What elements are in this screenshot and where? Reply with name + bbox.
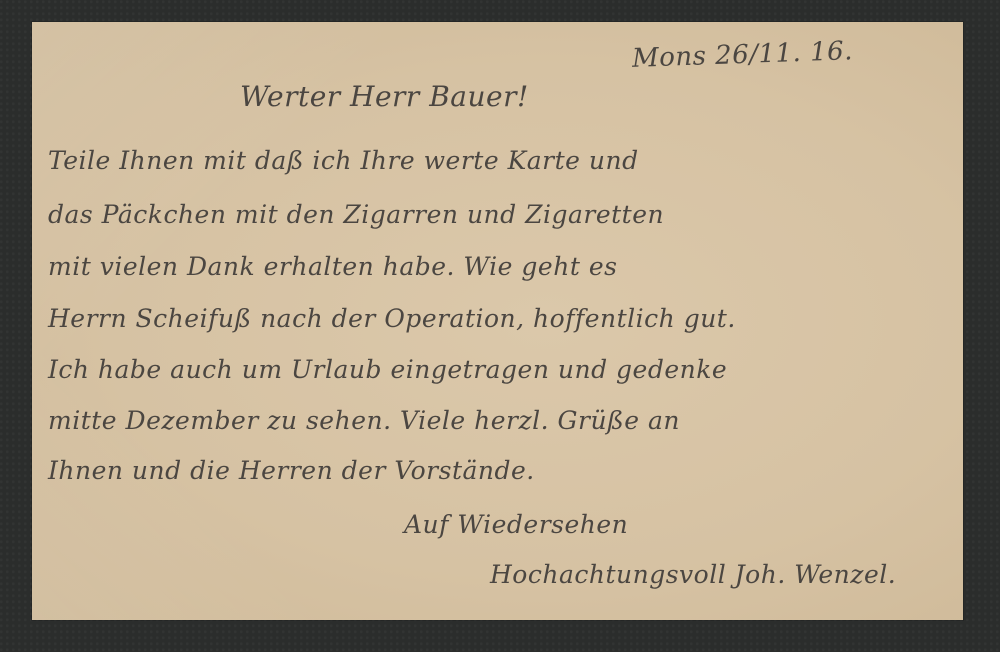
date-line: Mons 26/11. 16. bbox=[632, 36, 854, 74]
body-line: Ich habe auch um Urlaub eingetragen und … bbox=[48, 355, 727, 384]
body-line: mitte Dezember zu sehen. Viele herzl. Gr… bbox=[48, 406, 680, 435]
body-line: Ihnen und die Herren der Vorstände. bbox=[48, 456, 535, 485]
closing: Auf Wiedersehen bbox=[404, 510, 628, 539]
greeting: Werter Herr Bauer! bbox=[240, 80, 529, 113]
body-line: Herrn Scheifuß nach der Operation, hoffe… bbox=[48, 304, 736, 333]
body-line: mit vielen Dank erhalten habe. Wie geht … bbox=[48, 252, 617, 281]
body-line: das Päckchen mit den Zigarren und Zigare… bbox=[48, 200, 664, 229]
body-line: Teile Ihnen mit daß ich Ihre werte Karte… bbox=[48, 146, 639, 175]
postcard: Mons 26/11. 16. Werter Herr Bauer! Teile… bbox=[32, 22, 963, 620]
signature: Hochachtungsvoll Joh. Wenzel. bbox=[490, 560, 896, 589]
